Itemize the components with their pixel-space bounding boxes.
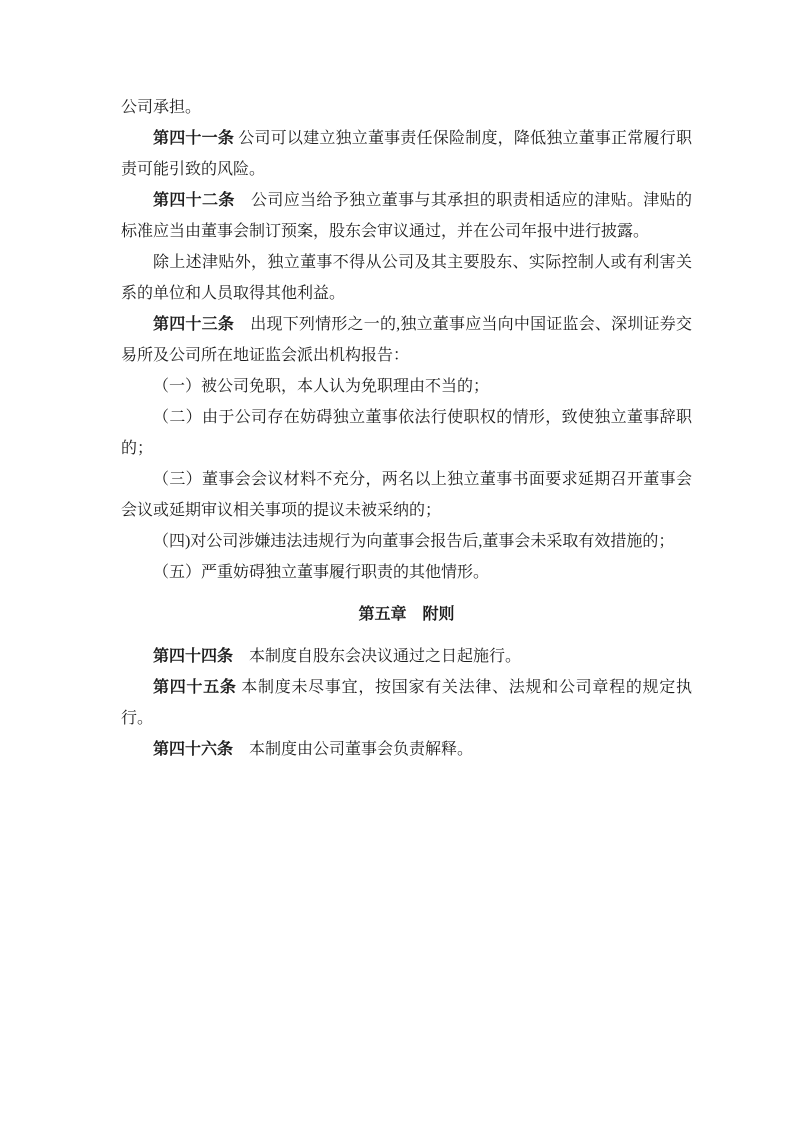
paragraph-text: 除上述津贴外，独立董事不得从公司及其主要股东、实际控制人或有利害关系的单位和人员… xyxy=(121,254,692,302)
chapter-5-heading: 第五章 附则 xyxy=(121,599,692,630)
list-item-text: （二）由于公司存在妨碍独立董事依法行使职权的情形，致使独立董事辞职的； xyxy=(121,409,692,457)
article-41-number: 第四十一条 xyxy=(153,130,234,147)
list-item-text: （四)对公司涉嫌违法违规行为向董事会报告后,董事会未采取有效措施的； xyxy=(153,533,674,550)
article-44-paragraph: 第四十四条 本制度自股东会决议通过之日起施行。 xyxy=(121,641,692,672)
list-item-1: （一）被公司免职，本人认为免职理由不当的； xyxy=(121,371,692,402)
document-page: 公司承担。 第四十一条 公司可以建立独立董事责任保险制度，降低独立董事正常履行职… xyxy=(0,0,794,1122)
article-42-sub-paragraph: 除上述津贴外，独立董事不得从公司及其主要股东、实际控制人或有利害关系的单位和人员… xyxy=(121,247,692,309)
article-42-paragraph: 第四十二条 公司应当给予独立董事与其承担的职责相适应的津贴。津贴的标准应当由董事… xyxy=(121,185,692,247)
article-45-paragraph: 第四十五条 本制度未尽事宜，按国家有关法律、法规和公司章程的规定执行。 xyxy=(121,672,692,734)
document-body: 公司承担。 第四十一条 公司可以建立独立董事责任保险制度，降低独立董事正常履行职… xyxy=(121,92,692,765)
continuation-paragraph: 公司承担。 xyxy=(121,92,692,123)
article-43-number: 第四十三条 xyxy=(153,316,234,333)
article-46-paragraph: 第四十六条 本制度由公司董事会负责解释。 xyxy=(121,734,692,765)
article-43-paragraph: 第四十三条 出现下列情形之一的,独立董事应当向中国证监会、深圳证券交易所及公司所… xyxy=(121,309,692,371)
article-46-number: 第四十六条 xyxy=(153,741,233,758)
list-item-text: （三）董事会会议材料不充分，两名以上独立董事书面要求延期召开董事会会议或延期审议… xyxy=(121,471,692,519)
list-item-4: （四)对公司涉嫌违法违规行为向董事会报告后,董事会未采取有效措施的； xyxy=(121,526,692,557)
list-item-text: （五）严重妨碍独立董事履行职责的其他情形。 xyxy=(153,564,489,581)
list-item-text: （一）被公司免职，本人认为免职理由不当的； xyxy=(153,378,489,395)
article-44-text: 本制度自股东会决议通过之日起施行。 xyxy=(233,648,521,665)
article-45-number: 第四十五条 xyxy=(153,679,237,696)
article-46-text: 本制度由公司董事会负责解释。 xyxy=(233,741,473,758)
article-41-paragraph: 第四十一条 公司可以建立独立董事责任保险制度，降低独立董事正常履行职责可能引致的… xyxy=(121,123,692,185)
list-item-3: （三）董事会会议材料不充分，两名以上独立董事书面要求延期召开董事会会议或延期审议… xyxy=(121,464,692,526)
article-42-number: 第四十二条 xyxy=(153,192,235,209)
article-44-number: 第四十四条 xyxy=(153,648,233,665)
list-item-2: （二）由于公司存在妨碍独立董事依法行使职权的情形，致使独立董事辞职的； xyxy=(121,402,692,464)
list-item-5: （五）严重妨碍独立董事履行职责的其他情形。 xyxy=(121,557,692,588)
paragraph-text: 公司承担。 xyxy=(121,99,201,116)
